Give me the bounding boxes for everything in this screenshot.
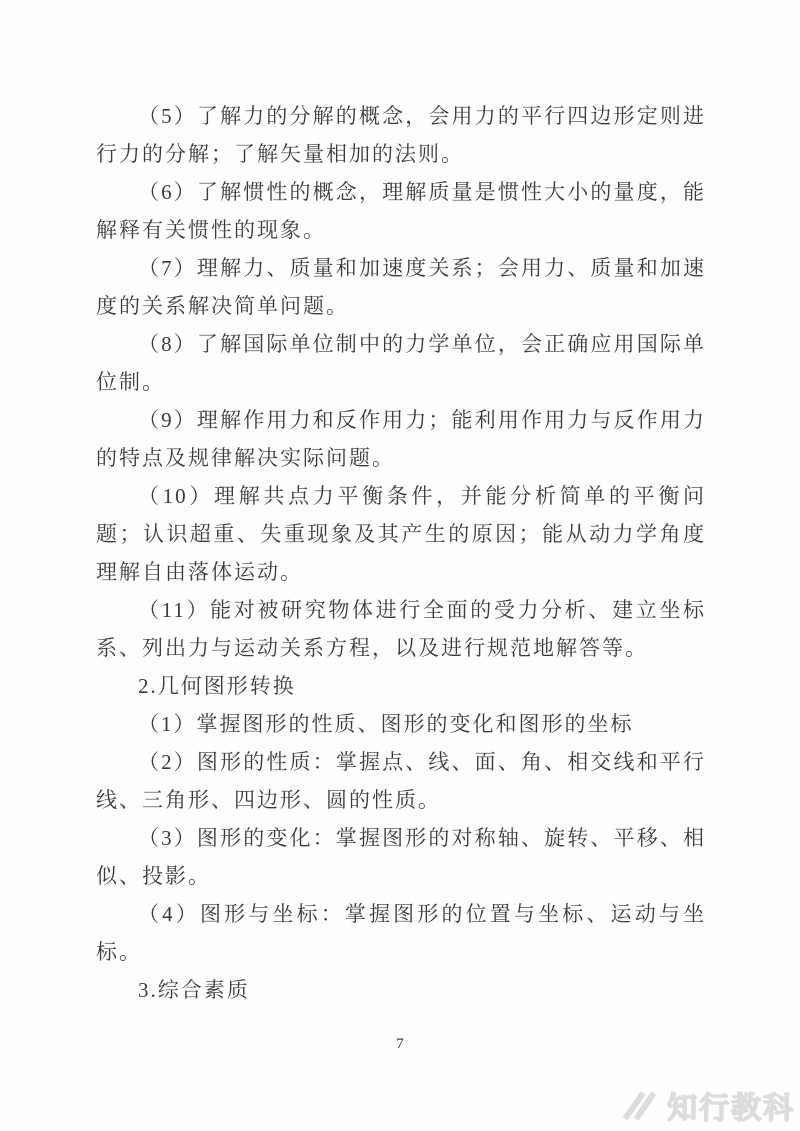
clause-8: （8）了解国际单位制中的力学单位，会正确应用国际单位制。 (96, 325, 706, 401)
geometry-clause-2: （2）图形的性质：掌握点、线、面、角、相交线和平行线、三角形、四边形、圆的性质。 (96, 743, 706, 819)
document-page: （5）了解力的分解的概念，会用力的平行四边形定则进行力的分解；了解矢量相加的法则… (0, 0, 800, 1131)
section-heading-3: 3.综合素质 (96, 971, 706, 1009)
clause-7: （7）理解力、质量和加速度关系；会用力、质量和加速度的关系解决简单问题。 (96, 249, 706, 325)
geometry-clause-3: （3）图形的变化：掌握图形的对称轴、旋转、平移、相似、投影。 (96, 819, 706, 895)
brand-watermark: 知行教科 (620, 1088, 795, 1124)
section-heading-2: 2.几何图形转换 (96, 667, 706, 705)
double-slash-logo-icon (620, 1088, 662, 1124)
geometry-clause-1: （1）掌握图形的性质、图形的变化和图形的坐标 (96, 705, 706, 743)
clause-5: （5）了解力的分解的概念，会用力的平行四边形定则进行力的分解；了解矢量相加的法则… (96, 97, 706, 173)
geometry-clause-4: （4）图形与坐标：掌握图形的位置与坐标、运动与坐标。 (96, 895, 706, 971)
clause-9: （9）理解作用力和反作用力；能利用作用力与反作用力的特点及规律解决实际问题。 (96, 401, 706, 477)
document-body: （5）了解力的分解的概念，会用力的平行四边形定则进行力的分解；了解矢量相加的法则… (96, 97, 706, 1009)
clause-11: （11）能对被研究物体进行全面的受力分析、建立坐标系、列出力与运动关系方程，以及… (96, 591, 706, 667)
clause-10: （10）理解共点力平衡条件，并能分析简单的平衡问题；认识超重、失重现象及其产生的… (96, 477, 706, 591)
page-number: 7 (0, 1036, 800, 1053)
clause-6: （6）了解惯性的概念，理解质量是惯性大小的量度，能解释有关惯性的现象。 (96, 173, 706, 249)
watermark-brand-text: 知行教科 (667, 1093, 795, 1125)
